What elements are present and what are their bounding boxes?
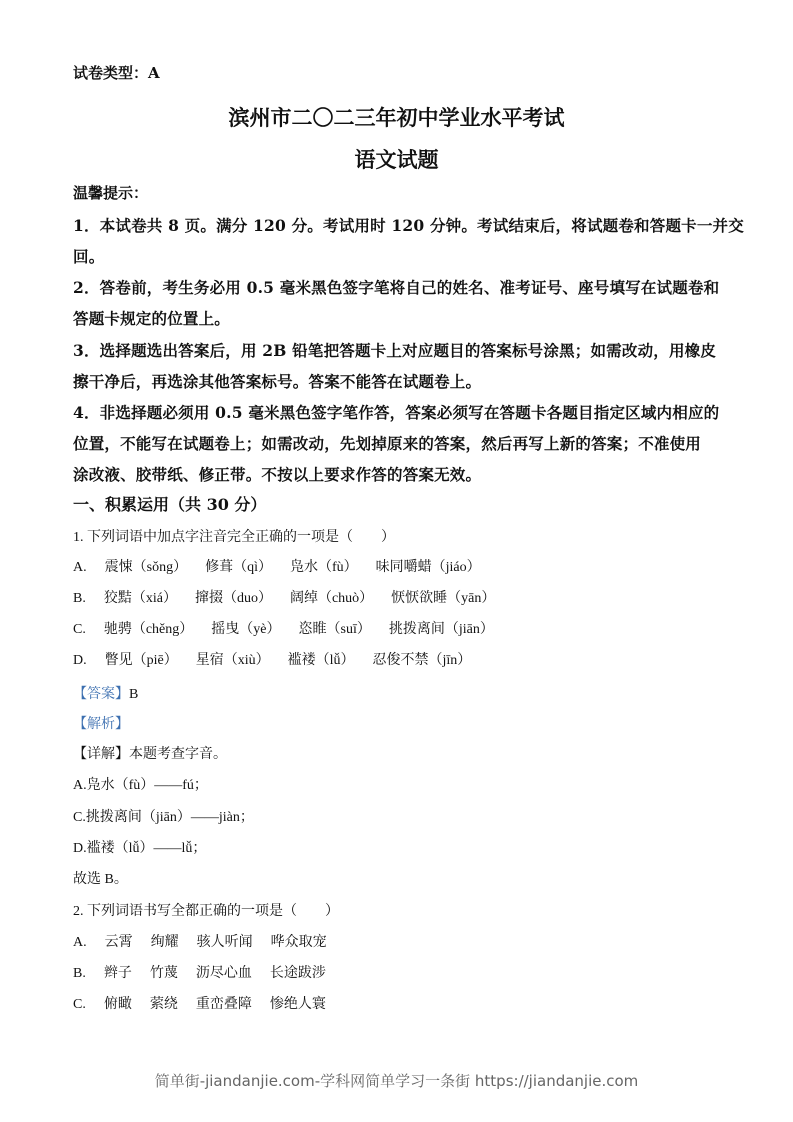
option-word: 星宿（xiù） <box>196 649 270 669</box>
tip-line: 位置，不能写在试题卷上；如需改动，先划掉原来的答案，然后再写上新的答案；不准使用 <box>73 432 701 454</box>
option-label: B. <box>73 591 86 607</box>
option-word: 惨绝人寰 <box>270 993 326 1013</box>
exam-page: 试卷类型：A 滨州市二〇二三年初中学业水平考试 语文试题 温馨提示： 1．本试卷… <box>0 0 793 1122</box>
detail-text: 本题考查字音。 <box>129 747 227 762</box>
tip-line: 涂改液、胶带纸、修正带。不按以上要求作答的答案无效。 <box>73 463 481 485</box>
question-1-option-b: B.狡黠（xiá）撺掇（duo）阔绰（chuò）恹恹欲睡（yān） <box>73 587 513 607</box>
option-word: 驰骋（chěng） <box>104 618 193 638</box>
analysis-label: 【解析】 <box>73 713 129 733</box>
tip-line: 答题卡规定的位置上。 <box>73 307 230 329</box>
question-1-stem: 1. 下列词语中加点字注音完全正确的一项是（ ） <box>73 526 395 546</box>
tip-line: 3．选择题选出答案后，用 2B 铅笔把答题卡上对应题目的答案标号涂黑；如需改动，… <box>73 339 716 361</box>
option-label: D. <box>73 653 87 669</box>
option-word: 撺掇（duo） <box>195 587 272 607</box>
tip-line: 2．答卷前，考生务必用 0.5 毫米黑色签字笔将自己的姓名、准考证号、座号填写在… <box>73 276 719 298</box>
option-label: C. <box>73 622 86 638</box>
option-word: 哗众取宠 <box>271 931 327 951</box>
option-word: 忍俊不禁（jīn） <box>373 649 472 669</box>
option-word: 摇曳（yè） <box>211 618 280 638</box>
option-label: C. <box>73 997 86 1013</box>
option-word: 狡黠（xiá） <box>104 587 177 607</box>
question-1-option-c: C.驰骋（chěng）摇曳（yè）恣睢（suī）挑拨离间（jiān） <box>73 618 512 638</box>
question-2-stem: 2. 下列词语书写全都正确的一项是（ ） <box>73 900 339 920</box>
exam-type: 试卷类型：A <box>73 62 160 83</box>
option-word: 修葺（qì） <box>205 556 272 576</box>
option-word: 恹恹欲睡（yān） <box>391 587 495 607</box>
option-word: 萦绕 <box>150 993 178 1013</box>
tip-line: 1．本试卷共 8 页。满分 120 分。考试用时 120 分钟。考试结束后，将试… <box>73 214 744 236</box>
exam-title: 滨州市二〇二三年初中学业水平考试 <box>0 102 793 132</box>
correction-line: A.凫水（fù）——fú； <box>73 774 208 794</box>
correction-line: C.挑拨离间（jiān）——jiàn； <box>73 806 254 826</box>
option-word: 云霄 <box>105 931 133 951</box>
answer-value: B <box>129 687 138 702</box>
option-word: 挑拨离间（jiān） <box>389 618 494 638</box>
question-1-option-a: A.震悚（sǒng）修葺（qì）凫水（fù）味同嚼蜡（jiáo） <box>73 556 499 576</box>
question-2-option-b: B.辫子竹蔑沥尽心血长途跋涉 <box>73 962 344 982</box>
option-word: 褴褛（lǚ） <box>288 649 355 669</box>
section-title: 一、积累运用（共 30 分） <box>73 492 266 515</box>
detail-line: 【详解】本题考查字音。 <box>73 743 227 763</box>
tip-line: 回。 <box>73 245 104 267</box>
answer-label: 【答案】 <box>73 687 129 702</box>
option-word: 味同嚼蜡（jiáo） <box>376 556 481 576</box>
question-2-option-a: A.云霄绚耀骇人听闻哗众取宠 <box>73 931 345 951</box>
correction-line: D.褴褛（lǚ）——lǚ； <box>73 837 206 857</box>
option-word: 竹蔑 <box>150 962 178 982</box>
option-word: 绚耀 <box>151 931 179 951</box>
question-2-option-c: C.俯瞰萦绕重峦叠障惨绝人寰 <box>73 993 344 1013</box>
option-word: 辫子 <box>104 962 132 982</box>
detail-label: 【详解】 <box>73 747 129 762</box>
tip-line: 擦干净后，再选涂其他答案标号。答案不能答在试题卷上。 <box>73 370 481 392</box>
option-label: B. <box>73 966 86 982</box>
option-word: 俯瞰 <box>104 993 132 1013</box>
footer-watermark: 简单街-jiandanjie.com-学科网简单学习一条街 https://ji… <box>0 1070 793 1091</box>
option-word: 长途跋涉 <box>270 962 326 982</box>
option-label: A. <box>73 935 87 951</box>
option-label: A. <box>73 560 87 576</box>
option-word: 沥尽心血 <box>196 962 252 982</box>
exam-subtitle: 语文试题 <box>0 144 793 174</box>
tip-line: 4．非选择题必须用 0.5 毫米黑色签字笔作答，答案必须写在答题卡各题目指定区域… <box>73 401 719 423</box>
option-word: 骇人听闻 <box>197 931 253 951</box>
option-word: 恣睢（suī） <box>299 618 371 638</box>
option-word: 阔绰（chuò） <box>290 587 373 607</box>
option-word: 震悚（sǒng） <box>105 556 187 576</box>
tips-heading: 温馨提示： <box>73 182 148 203</box>
conclusion: 故选 B。 <box>73 868 128 888</box>
option-word: 瞥见（piē） <box>105 649 178 669</box>
answer-line: 【答案】B <box>73 683 138 703</box>
option-word: 重峦叠障 <box>196 993 252 1013</box>
option-word: 凫水（fù） <box>290 556 358 576</box>
question-1-option-d: D.瞥见（piē）星宿（xiù）褴褛（lǚ）忍俊不禁（jīn） <box>73 649 489 669</box>
